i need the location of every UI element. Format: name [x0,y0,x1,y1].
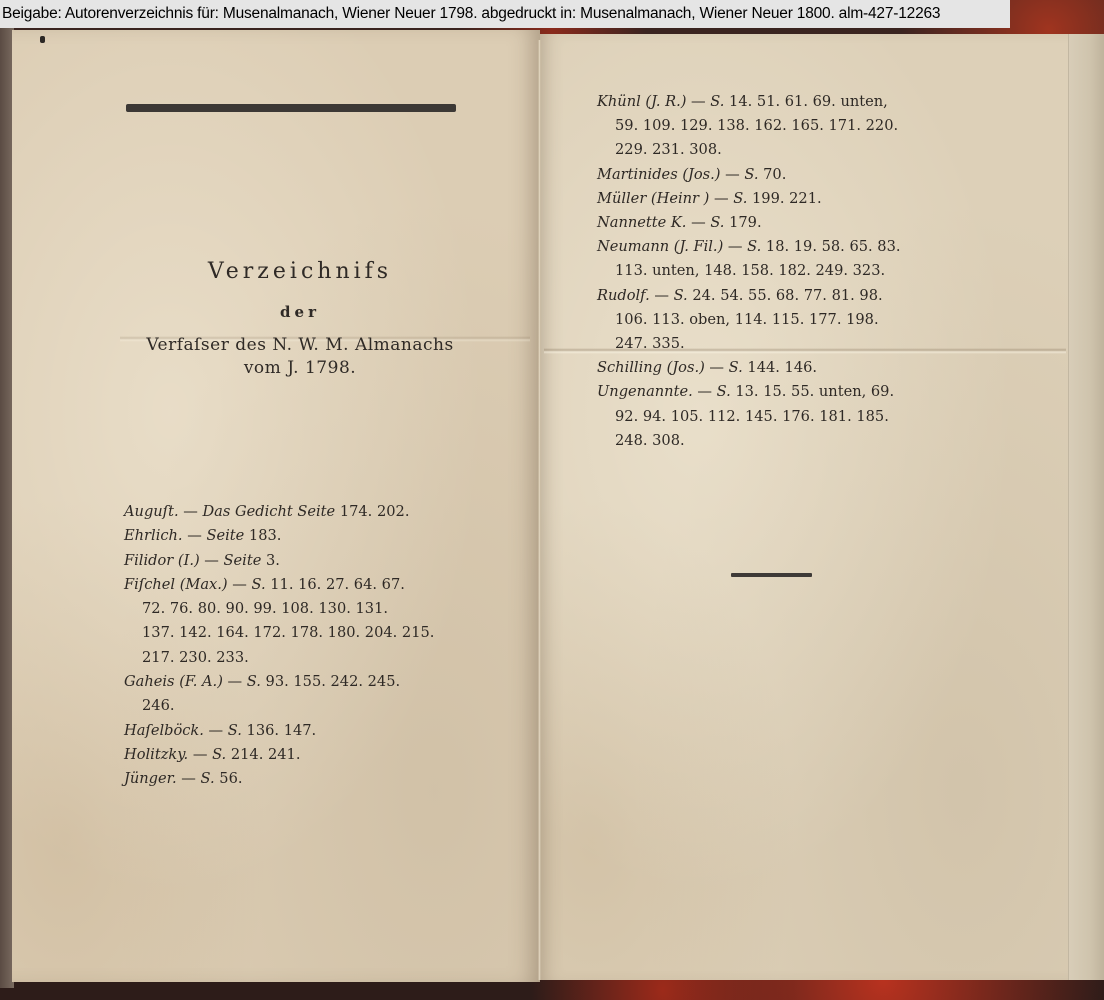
page-numbers: 56. [215,770,243,787]
author-entry: Holitzky. — S. 214. 241. [124,743,474,767]
separator: — [204,722,228,739]
author-name: Neumann (J. Fil.) [597,238,723,255]
page-numbers-continued: 248. 308. [597,429,947,453]
end-rule [731,573,812,577]
author-name: Ehrlich. [124,527,183,544]
author-name: Müller (Heinr ) [597,190,709,207]
page-numbers: 11. 16. 27. 64. 67. [266,576,405,593]
page-ref-label: S. [252,576,266,593]
ink-stain [40,36,45,43]
title-line-4: vom J. 1798. [110,356,490,380]
separator: — [200,552,224,569]
author-name: Haſelböck. [124,722,204,739]
page-ref-label: S. [247,673,261,690]
page-numbers-continued: 229. 231. 308. [597,138,947,162]
title-line-1: Verzeichnifs [110,256,490,288]
separator: — [228,576,252,593]
header-rule [126,104,456,112]
page-numbers-continued: 113. unten, 148. 158. 182. 249. 323. [597,259,947,283]
page-numbers: 13. 15. 55. unten, 69. [731,383,894,400]
author-list-left: Auguſt. — Das Gedicht Seite 174. 202.Ehr… [124,500,474,792]
author-entry: Rudolf. — S. 24. 54. 55. 68. 77. 81. 98.… [597,284,947,357]
page-numbers-continued: 92. 94. 105. 112. 145. 176. 181. 185. [597,405,947,429]
page-numbers: 179. [724,214,761,231]
index-title-block: Verzeichnifs der Verfaſser des N. W. M. … [110,256,490,380]
page-numbers-continued: 137. 142. 164. 172. 178. 180. 204. 215. [124,621,474,645]
title-line-2: der [110,302,490,322]
page-ref-label: S. [710,214,724,231]
page-numbers: 199. 221. [747,190,821,207]
separator: — [705,359,729,376]
page-numbers-continued: 217. 230. 233. [124,646,474,670]
page-ref-label: Das Gedicht Seite [202,503,335,520]
separator: — [686,93,710,110]
author-name: Holitzky. [124,746,188,763]
author-name: Nannette K. [597,214,686,231]
page-ref-label: S. [733,190,747,207]
author-entry: Gaheis (F. A.) — S. 93. 155. 242. 245.24… [124,670,474,719]
author-name: Filidor (I.) [124,552,200,569]
separator: — [177,770,201,787]
author-entry: Jünger. — S. 56. [124,767,474,791]
author-entry: Martinides (Jos.) — S. 70. [597,163,947,187]
page-numbers: 14. 51. 61. 69. unten, [724,93,887,110]
author-name: Schilling (Jos.) [597,359,705,376]
author-entry: Schilling (Jos.) — S. 144. 146. [597,356,947,380]
page-ref-label: Seite [206,527,244,544]
author-name: Fiſchel (Max.) [124,576,228,593]
author-entry: Müller (Heinr ) — S. 199. 221. [597,187,947,211]
page-ref-label: S. [717,383,731,400]
page-ref-label: S. [747,238,761,255]
author-list-right: Khünl (J. R.) — S. 14. 51. 61. 69. unten… [597,90,947,453]
author-name: Jünger. [124,770,177,787]
page-ref-label: S. [228,722,242,739]
page-numbers: 144. 146. [743,359,817,376]
page-numbers-continued: 106. 113. oben, 114. 115. 177. 198. [597,308,947,332]
author-name: Ungenannte. [597,383,693,400]
page-ref-label: S. [729,359,743,376]
author-name: Auguſt. [124,503,179,520]
separator: — [188,746,212,763]
page-ref-label: S. [212,746,226,763]
author-name: Gaheis (F. A.) [124,673,223,690]
page-numbers: 3. [261,552,280,569]
author-entry: Nannette K. — S. 179. [597,211,947,235]
author-entry: Auguſt. — Das Gedicht Seite 174. 202. [124,500,474,524]
author-name: Rudolf. [597,287,650,304]
page-stack-edge [1068,34,1104,980]
separator: — [686,214,710,231]
page-numbers: 183. [244,527,281,544]
page-numbers-continued: 72. 76. 80. 90. 99. 108. 130. 131. [124,597,474,621]
author-entry: Fiſchel (Max.) — S. 11. 16. 27. 64. 67.7… [124,573,474,670]
author-entry: Haſelböck. — S. 136. 147. [124,719,474,743]
page-numbers: 93. 155. 242. 245. [261,673,400,690]
page-numbers: 24. 54. 55. 68. 77. 81. 98. [688,287,883,304]
author-entry: Neumann (J. Fil.) — S. 18. 19. 58. 65. 8… [597,235,947,283]
author-entry: Filidor (I.) — Seite 3. [124,549,474,573]
separator: — [183,527,207,544]
page-numbers-continued: 246. [124,694,474,718]
page-numbers: 214. 241. [226,746,300,763]
page-numbers: 136. 147. [242,722,316,739]
separator: — [650,287,674,304]
title-line-3: Verfaſser des N. W. M. Almanachs [110,334,490,356]
author-name: Khünl (J. R.) [597,93,686,110]
separator: — [709,190,733,207]
page-ref-label: S. [201,770,215,787]
page-numbers: 18. 19. 58. 65. 83. [761,238,900,255]
author-entry: Khünl (J. R.) — S. 14. 51. 61. 69. unten… [597,90,947,163]
page-numbers: 174. 202. [335,503,409,520]
author-entry: Ehrlich. — Seite 183. [124,524,474,548]
author-name: Martinides (Jos.) [597,166,720,183]
page-numbers-continued: 247. 335. [597,332,947,356]
page-numbers: 70. [758,166,786,183]
separator: — [723,238,747,255]
page-ref-label: S. [710,93,724,110]
page-ref-label: S. [674,287,688,304]
gutter [538,40,541,980]
separator: — [223,673,247,690]
author-entry: Ungenannte. — S. 13. 15. 55. unten, 69.9… [597,380,947,453]
page-numbers-continued: 59. 109. 129. 138. 162. 165. 171. 220. [597,114,947,138]
separator: — [179,503,203,520]
page-ref-label: S. [744,166,758,183]
page-ref-label: Seite [224,552,262,569]
separator: — [693,383,717,400]
caption-text: Beigabe: Autorenverzeichnis für: Musenal… [2,5,940,22]
separator: — [720,166,744,183]
image-caption-bar: Beigabe: Autorenverzeichnis für: Musenal… [0,0,1010,28]
